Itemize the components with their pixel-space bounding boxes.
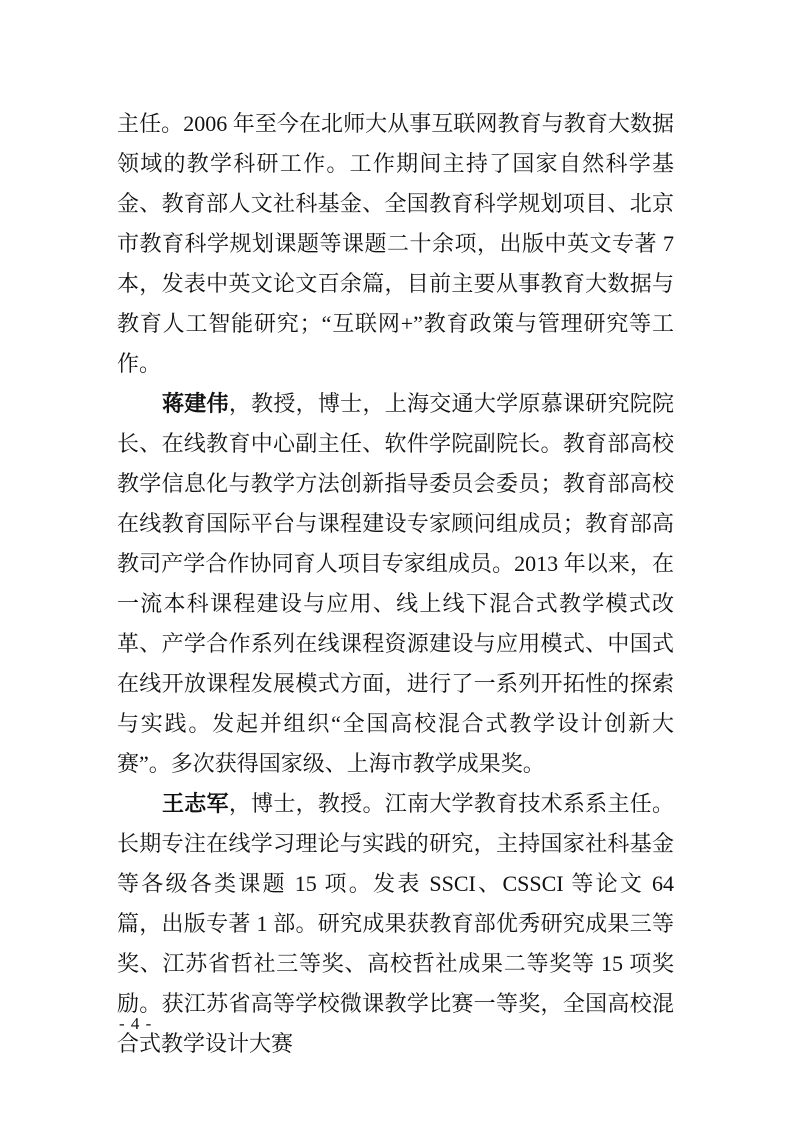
page-body-text: 主任。2006 年至今在北师大从事互联网教育与教育大数据领域的教学科研工作。工作… [117,104,674,1064]
document-page: 主任。2006 年至今在北师大从事互联网教育与教育大数据领域的教学科研工作。工作… [0,0,793,1122]
paragraph-text: ，博士，教授。江南大学教育技术系系主任。长期专注在线学习理论与实践的研究，主持国… [117,791,674,1056]
person-name-bold: 王志军 [162,791,229,816]
paragraph-text: 主任。2006 年至今在北师大从事互联网教育与教育大数据领域的教学科研工作。工作… [117,111,674,376]
paragraph-continuation: 主任。2006 年至今在北师大从事互联网教育与教育大数据领域的教学科研工作。工作… [117,104,674,384]
paragraph-text: ，教授，博士，上海交通大学原慕课研究院院长、在线教育中心副主任、软件学院副院长。… [117,391,674,776]
paragraph-bio-jiangjianwei: 蒋建伟，教授，博士，上海交通大学原慕课研究院院长、在线教育中心副主任、软件学院副… [117,384,674,784]
person-name-bold: 蒋建伟 [162,391,229,416]
page-number: - 4 - [119,1013,152,1035]
paragraph-bio-wangzhijun: 王志军，博士，教授。江南大学教育技术系系主任。长期专注在线学习理论与实践的研究，… [117,784,674,1064]
